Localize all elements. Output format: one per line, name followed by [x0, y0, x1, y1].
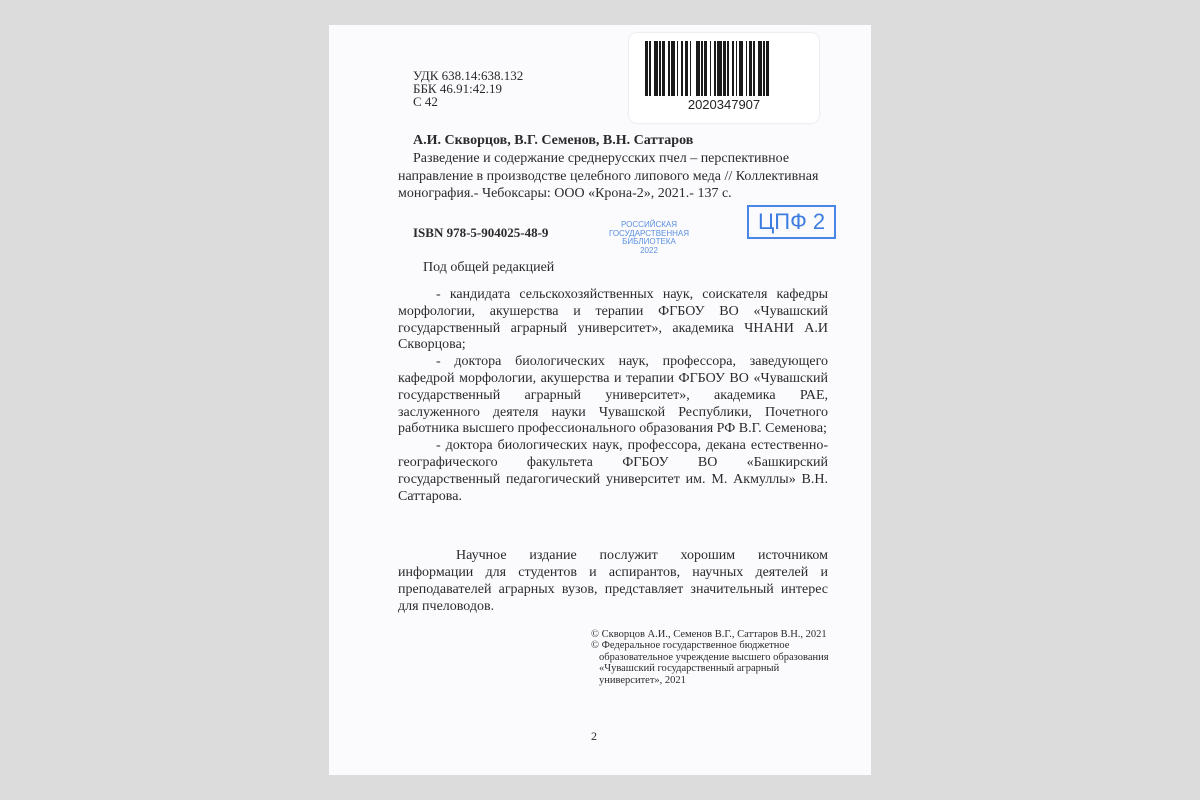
cpf-stamp: ЦПФ 2 [747, 205, 836, 239]
copyright-authors: © Скворцов А.И., Семенов В.Г., Саттаров … [591, 629, 831, 640]
authors-line: А.И. Скворцов, В.Г. Семенов, В.Н. Саттар… [413, 133, 693, 149]
barcode-sticker: 2020347907 [629, 33, 819, 123]
editor-entry: - доктора биологических наук, профессора… [398, 438, 828, 505]
barcode-number: 2020347907 [629, 97, 819, 112]
bibliographic-citation: Разведение и содержание среднерусских пч… [398, 150, 828, 203]
editor-entry: - доктора биологических наук, профессора… [398, 354, 828, 438]
editors-list: - кандидата сельскохозяйственных наук, с… [398, 287, 828, 505]
copyright-university: © Федеральное государственное бюджетное … [591, 640, 831, 686]
library-stamp-year: 2022 [599, 247, 699, 256]
author-mark: С 42 [413, 95, 523, 108]
document-page: УДК 638.14:638.132 ББК 46.91:42.19 С 42 … [329, 25, 871, 775]
barcode-icon [645, 41, 805, 96]
copyright-block: © Скворцов А.И., Семенов В.Г., Саттаров … [591, 629, 831, 686]
library-stamp: РОССИЙСКАЯ ГОСУДАРСТВЕННАЯ БИБЛИОТЕКА 20… [599, 221, 699, 255]
editorial-heading: Под общей редакцией [423, 260, 554, 276]
editor-entry: - кандидата сельскохозяйственных наук, с… [398, 287, 828, 354]
annotation: Научное издание послужит хорошим источни… [398, 547, 828, 615]
classification-codes: УДК 638.14:638.132 ББК 46.91:42.19 С 42 [413, 69, 523, 108]
isbn: ISBN 978-5-904025-48-9 [413, 225, 548, 241]
page-number: 2 [591, 729, 597, 744]
